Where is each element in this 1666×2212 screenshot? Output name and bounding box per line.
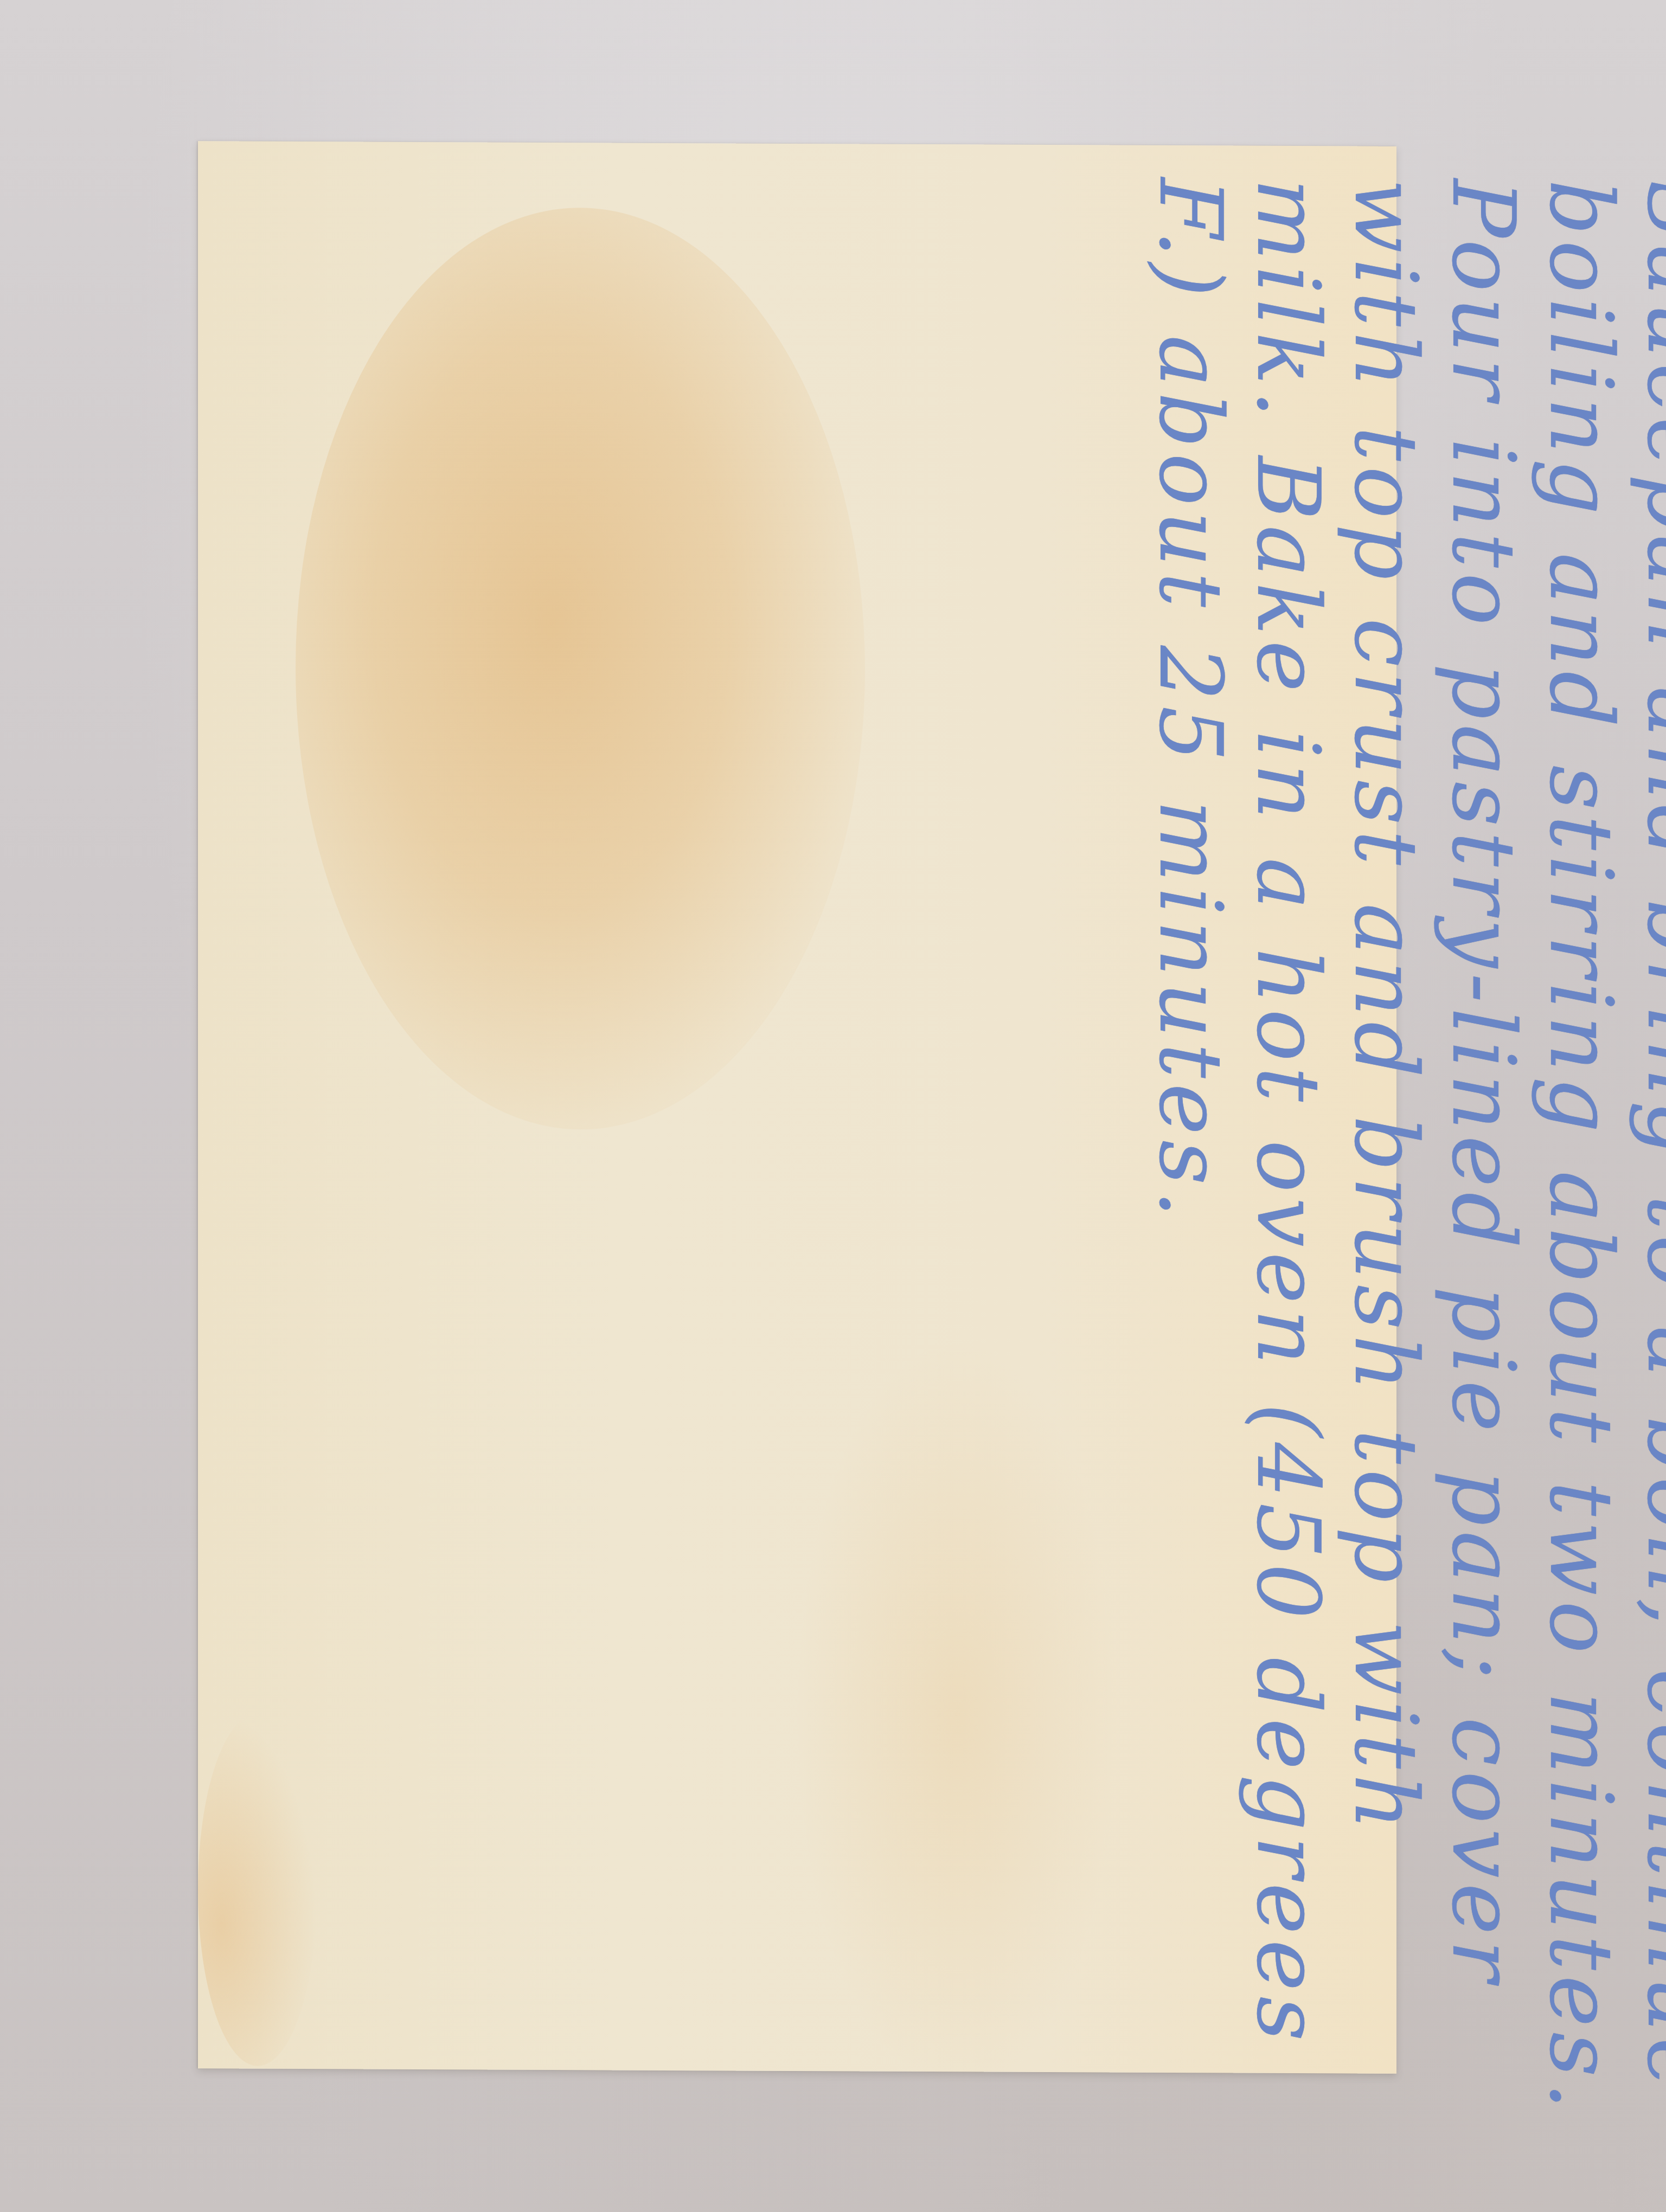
recipe-instructions: Saucepan and bring to a boil; continue b… bbox=[1022, 166, 1666, 2046]
instruction-line-5: milk. Bake in a hot oven (450 degrees bbox=[1239, 168, 1337, 2044]
instruction-line-1: Saucepan and bring to a boil; continue bbox=[1630, 169, 1666, 2046]
grease-stain bbox=[296, 207, 865, 1131]
instruction-line-3: Pour into pastry-lined pie pan; cover bbox=[1434, 168, 1532, 2044]
instruction-line-2: boiling and stirring about two minutes. bbox=[1532, 169, 1630, 2045]
edge-stain bbox=[198, 1713, 317, 2066]
handwritten-text-area: Saucepan and bring to a boil; continue b… bbox=[1022, 166, 1666, 2046]
recipe-card: Saucepan and bring to a boil; continue b… bbox=[198, 141, 1396, 2074]
instruction-line-6: F.) about 25 minutes. bbox=[1142, 167, 1239, 2043]
instruction-line-4: with top crust and brush top with bbox=[1337, 168, 1434, 2044]
